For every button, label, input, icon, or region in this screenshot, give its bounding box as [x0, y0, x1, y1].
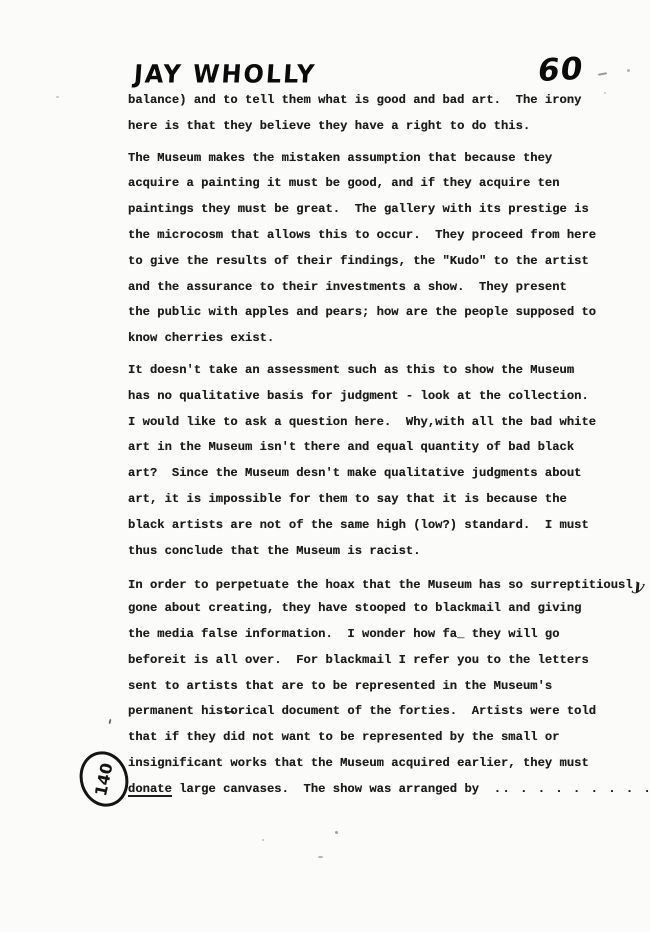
scan-speck	[108, 719, 111, 724]
text-line: black artists are not of the same high (…	[128, 513, 608, 539]
text-line: insignificant works that the Museum acqu…	[128, 751, 608, 777]
text-line: art? Since the Museum desn't make qualit…	[128, 461, 608, 487]
text-line: that if they did not want to be represen…	[128, 725, 608, 751]
text-line: I would like to ask a question here. Why…	[128, 410, 608, 436]
text-line: thus conclude that the Museum is racist.	[128, 539, 608, 565]
text-line: the microcosm that allows this to occur.…	[128, 223, 608, 249]
scan-speck	[262, 839, 264, 841]
text-line: acquire a painting it must be good, and …	[128, 171, 608, 197]
text-line-segment: large canvases. The show was arranged by	[172, 782, 494, 796]
text-line: art in the Museum isn't there and equal …	[128, 435, 608, 461]
scan-speck	[598, 72, 607, 76]
scan-speck	[604, 92, 606, 94]
handwritten-y-annotation: y	[630, 572, 647, 599]
scan-speck	[335, 831, 338, 834]
scan-speck	[56, 96, 59, 98]
handwritten-author-name: JAY WHOLLY	[133, 59, 317, 88]
text-line: The Museum makes the mistaken assumption…	[128, 146, 608, 172]
paragraph-2: The Museum makes the mistaken assumption…	[128, 146, 608, 352]
circled-number-text: 140	[91, 761, 117, 798]
scan-speck	[318, 856, 323, 858]
underlined-word: donate	[128, 782, 172, 796]
text-line: the public with apples and pears; how ar…	[128, 300, 608, 326]
text-line: It doesn't take an assessment such as th…	[128, 358, 608, 384]
text-line: In order to perpetuate the hoax that the…	[128, 570, 608, 596]
text-line: know cherries exist.	[128, 326, 608, 352]
paragraph-3: It doesn't take an assessment such as th…	[128, 358, 608, 564]
text-line: and the assurance to their investments a…	[128, 275, 608, 301]
text-line: to give the results of their findings, t…	[128, 249, 608, 275]
text-line: beforeit is all over. For blackmail I re…	[128, 648, 608, 674]
text-line-segment: In order to perpetuate the hoax that the…	[128, 578, 633, 592]
text-line: here is that they believe they have a ri…	[128, 114, 608, 140]
text-line: the media false information. I wonder ho…	[128, 622, 608, 648]
text-line: balance) and to tell them what is good a…	[128, 88, 608, 114]
circled-margin-number: 140	[73, 745, 136, 813]
scan-speck	[627, 69, 630, 72]
paragraph-4: In order to perpetuate the hoax that the…	[128, 570, 608, 802]
text-line: paintings they must be great. The galler…	[128, 197, 608, 223]
scanned-typewritten-page: JAY WHOLLY 60 balance) and to tell them …	[0, 0, 650, 932]
text-line: gone about creating, they have stooped t…	[128, 596, 608, 622]
typed-text-block: balance) and to tell them what is good a…	[128, 88, 608, 809]
typed-dot-leader: .. . . . . . . . ...•	[494, 782, 650, 796]
text-line: sent to artists that are to be represent…	[128, 674, 608, 700]
handwritten-page-number: 60	[536, 51, 586, 89]
text-line: art, it is impossible for them to say th…	[128, 487, 608, 513]
paragraph-1: balance) and to tell them what is good a…	[128, 88, 608, 140]
text-line: permanent hist̶orical document of the fo…	[128, 699, 608, 725]
text-line: has no qualitative basis for judgment - …	[128, 384, 608, 410]
text-line-final: donate large canvases. The show was arra…	[128, 777, 608, 803]
